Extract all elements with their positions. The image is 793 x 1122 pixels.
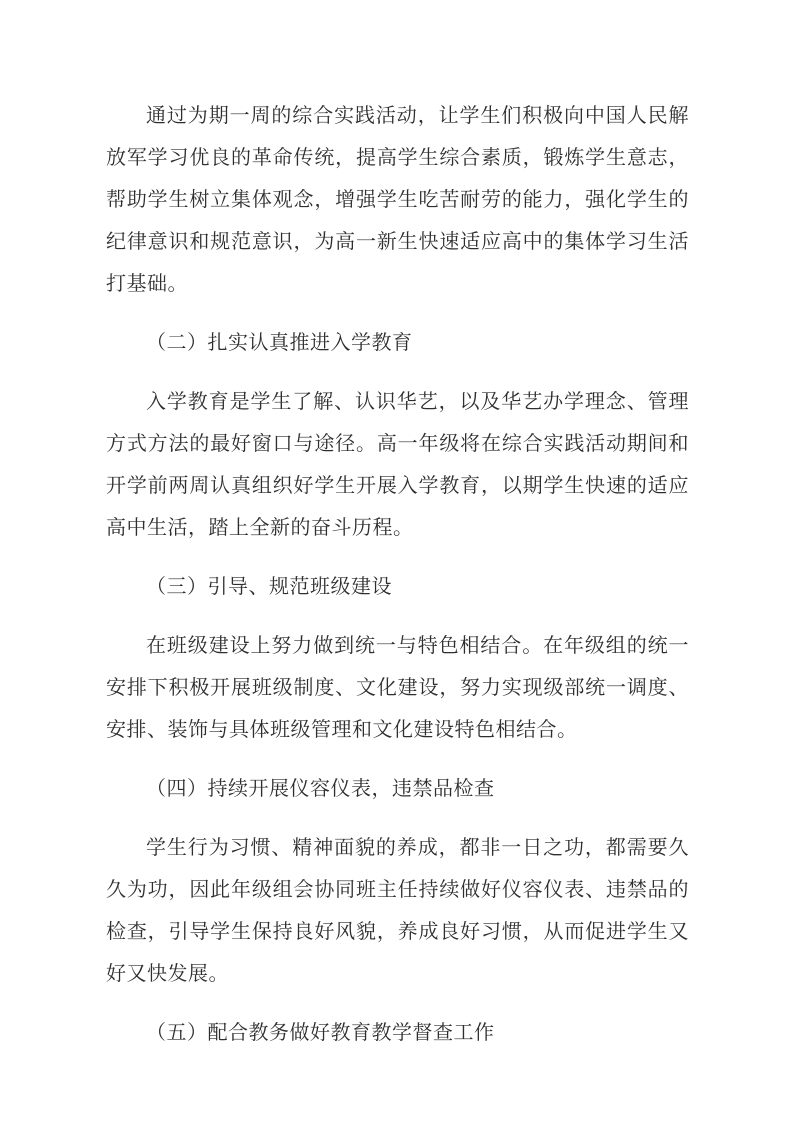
- section-heading: （五）配合教务做好教育教学督查工作: [106, 1012, 689, 1054]
- section-heading: （二）扎实认真推进入学教育: [106, 322, 689, 364]
- document-page: 通过为期一周的综合实践活动，让学生们积极向中国人民解放军学习优良的革命传统，提高…: [0, 0, 793, 1122]
- section-heading: （三）引导、规范班级建设: [106, 566, 689, 608]
- body-paragraph: 入学教育是学生了解、认识华艺，以及华艺办学理念、管理方式方法的最好窗口与途径。高…: [106, 381, 689, 549]
- body-paragraph: 通过为期一周的综合实践活动，让学生们积极向中国人民解放军学习优良的革命传统，提高…: [106, 95, 689, 305]
- document-body: 通过为期一周的综合实践活动，让学生们积极向中国人民解放军学习优良的革命传统，提高…: [106, 95, 689, 1054]
- section-heading: （四）持续开展仪容仪表，违禁品检查: [106, 768, 689, 810]
- body-paragraph: 在班级建设上努力做到统一与特色相结合。在年级组的统一安排下积极开展班级制度、文化…: [106, 625, 689, 751]
- body-paragraph: 学生行为习惯、精神面貌的养成，都非一日之功，都需要久久为功，因此年级组会协同班主…: [106, 827, 689, 995]
